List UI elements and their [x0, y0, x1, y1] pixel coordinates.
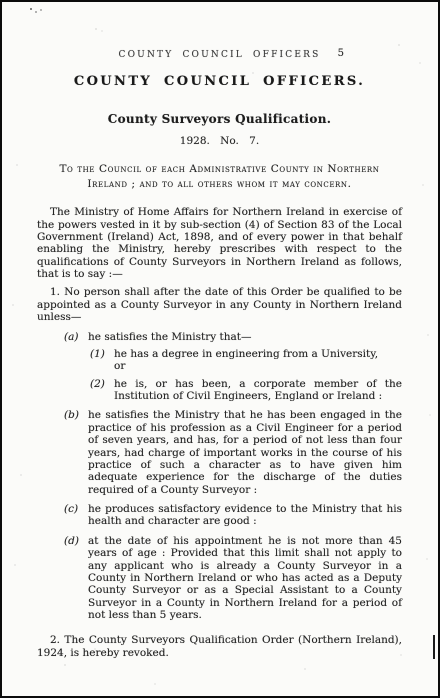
subclause-2-text: he is, or has been, a corporate member o…: [114, 378, 402, 403]
clause-d: (d) at the date of his appointment he is…: [64, 535, 402, 622]
clause-a-text: he satisfies the Ministry that—: [88, 331, 402, 343]
page-content: County Council Officers 5 COUNTY COUNCIL…: [37, 48, 402, 659]
clause-b-marker: (b): [64, 409, 88, 496]
scan-edge-mark: [433, 635, 435, 659]
clause-b: (b) he satisfies the Ministry that he ha…: [64, 409, 402, 496]
subclause-2-marker: (2): [90, 378, 114, 403]
article-1-intro: 1. No person shall after the date of thi…: [37, 286, 402, 323]
document-title: COUNTY COUNCIL OFFICERS.: [37, 74, 402, 89]
running-head-row: County Council Officers 5: [37, 48, 402, 61]
clause-d-text: at the date of his appointment he is not…: [88, 535, 402, 622]
clause-c-marker: (c): [64, 503, 88, 528]
preamble-paragraph: The Ministry of Home Affairs for Norther…: [37, 206, 402, 280]
clause-c: (c) he produces satisfactory evidence to…: [64, 503, 402, 528]
address-line-1: To the Council of each Administrative Co…: [37, 162, 402, 177]
address-clause: To the Council of each Administrative Co…: [37, 162, 402, 191]
clause-a: (a) he satisfies the Ministry that—: [64, 331, 402, 343]
scanned-document-page: County Council Officers 5 COUNTY COUNCIL…: [0, 0, 440, 698]
clause-a-marker: (a): [64, 331, 88, 343]
clause-c-text: he produces satisfactory evidence to the…: [88, 503, 402, 528]
scan-noise-specks: [2, 2, 4, 4]
page-number: 5: [338, 48, 344, 60]
subclause-2: (2) he is, or has been, a corporate memb…: [90, 378, 402, 403]
subclause-1-text: he has a degree in engineering from a Un…: [114, 348, 402, 373]
clause-b-text: he satisfies the Ministry that he has be…: [88, 409, 402, 496]
article-2: 2. The County Surveyors Qualification Or…: [37, 634, 402, 659]
document-subtitle: County Surveyors Qualification.: [37, 112, 402, 126]
subclause-1-marker: (1): [90, 348, 114, 373]
subclause-1: (1) he has a degree in engineering from …: [90, 348, 402, 373]
address-line-2: Ireland ; and to all others whom it may …: [37, 177, 402, 192]
order-number: 1928. No. 7.: [37, 135, 402, 147]
running-head: County Council Officers: [119, 50, 321, 60]
clause-d-marker: (d): [64, 535, 88, 622]
